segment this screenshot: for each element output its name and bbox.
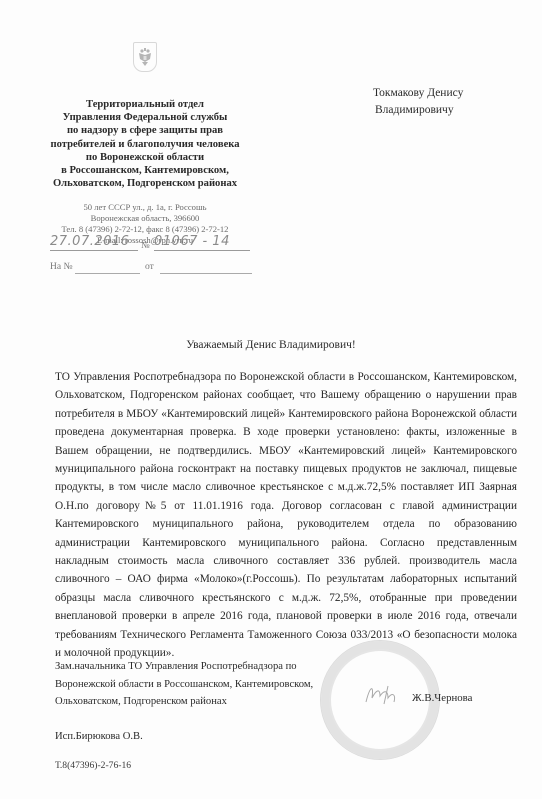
body-paragraph: ТО Управления Роспотребнадзора по Вороне…: [55, 368, 517, 663]
letter-body: ТО Управления Роспотребнадзора по Вороне…: [55, 368, 517, 663]
letter-page: Территориальный отдел Управления Федерал…: [0, 0, 542, 799]
reference-number-blank: [75, 273, 140, 274]
signer-position-line: Воронежской области в Россошанском, Кант…: [55, 676, 525, 694]
signer-name: Ж.В.Чернова: [412, 692, 472, 704]
org-line: Ольховатском, Подгоренском районах: [30, 177, 260, 190]
registration-date: 27.07.2016: [50, 234, 138, 251]
executor: Исп.Бирюкова О.В.: [55, 731, 143, 742]
org-line: Управления Федеральной службы: [30, 111, 260, 124]
russian-coat-of-arms-icon: [133, 42, 157, 72]
address-line: Воронежская область, 396600: [30, 213, 260, 224]
registration-row: 27.07.2016 № 01067 - 14: [50, 234, 245, 252]
addressee: Токмакову Денису Владимировичу: [373, 85, 463, 119]
org-line: Территориальный отдел: [30, 98, 260, 111]
org-line: потребителей и благополучия человека: [30, 138, 260, 151]
reference-row: На № от: [50, 262, 250, 276]
registration-number: 01067 - 14: [154, 234, 250, 251]
address-line: 50 лет СССР ул., д. 1а, г. Россошь: [30, 202, 260, 213]
org-line: по Воронежской области: [30, 151, 260, 164]
org-line: по надзору в сфере защиты прав: [30, 124, 260, 137]
executor-phone: Т.8(47396)-2-76-16: [55, 760, 131, 771]
reference-date-blank: [160, 273, 252, 274]
salutation: Уважаемый Денис Владимирович!: [0, 339, 542, 351]
letterhead: Территориальный отдел Управления Федерал…: [30, 42, 260, 246]
reference-number-label: На №: [50, 262, 73, 272]
signer-position-line: Зам.начальника ТО Управления Роспотребна…: [55, 658, 525, 676]
addressee-line: Токмакову Денису: [373, 85, 463, 102]
org-line: в Россошанском, Кантемировском,: [30, 164, 260, 177]
registration-number-label: №: [141, 240, 150, 250]
organization-name: Территориальный отдел Управления Федерал…: [30, 98, 260, 190]
reference-date-label: от: [145, 262, 154, 272]
addressee-line: Владимировичу: [373, 102, 463, 119]
